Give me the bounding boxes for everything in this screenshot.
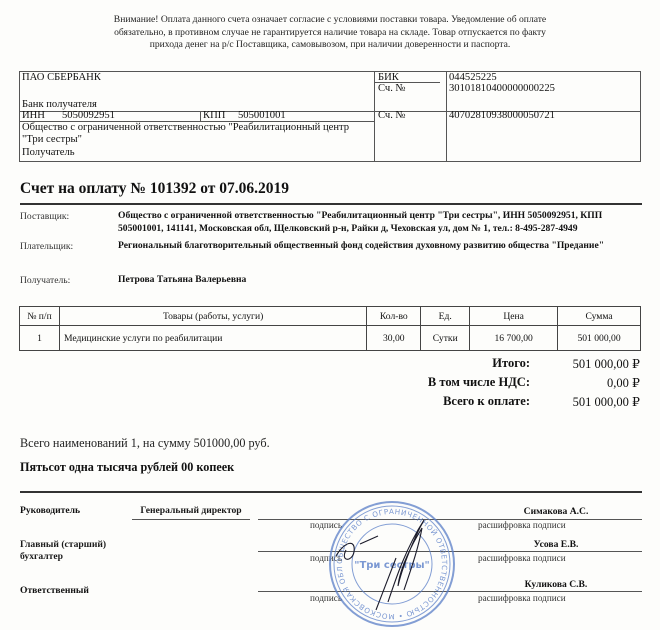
payer-value: Региональный благотворительный обществен… bbox=[118, 239, 648, 252]
row-number: 1 bbox=[20, 326, 60, 351]
director-position: Генеральный директор bbox=[132, 505, 250, 516]
title-rule bbox=[20, 203, 642, 205]
payer-label: Плательщик: bbox=[20, 241, 73, 252]
recipient-org-line2: "Три сестры" bbox=[22, 134, 82, 145]
row-goods: Медицинские услуги по реабилитации bbox=[59, 326, 366, 351]
col-header-goods: Товары (работы, услуги) bbox=[59, 307, 366, 326]
divider bbox=[446, 72, 447, 161]
table-header-row: № п/п Товары (работы, услуги) Кол-во Ед.… bbox=[20, 307, 641, 326]
role-director: Руководитель bbox=[20, 505, 80, 517]
amount-in-words: Пятьсот одна тысяча рублей 00 копеек bbox=[20, 460, 234, 475]
corr-account-label: Сч. № bbox=[378, 83, 406, 94]
bank-name: ПАО СБЕРБАНК bbox=[22, 72, 101, 83]
items-table: № п/п Товары (работы, услуги) Кол-во Ед.… bbox=[19, 306, 641, 351]
role-responsible: Ответственный bbox=[20, 585, 89, 597]
col-header-sum: Сумма bbox=[558, 307, 641, 326]
row-price: 16 700,00 bbox=[470, 326, 558, 351]
supplier-label: Поставщик: bbox=[20, 211, 69, 222]
vat-label: В том числе НДС: bbox=[330, 375, 530, 390]
invoice-title: Счет на оплату № 101392 от 07.06.2019 bbox=[20, 180, 289, 198]
role-accountant: Главный (старший) бухгалтер bbox=[20, 539, 120, 563]
recipient-caption: Получатель bbox=[22, 147, 75, 158]
vat-value: 0,00 ₽ bbox=[520, 375, 640, 391]
col-header-unit: Ед. bbox=[421, 307, 470, 326]
subtotal-label: Итого: bbox=[330, 356, 530, 371]
kpp-value: 505001001 bbox=[238, 110, 286, 121]
recipient-value: Петрова Татьяна Валерьевна bbox=[118, 273, 648, 286]
payment-notice: Внимание! Оплата данного счета означает … bbox=[100, 14, 560, 52]
company-stamp-icon: ОБЩЕСТВО С ОГРАНИЧЕННОЙ ОТВЕТСТВЕННОСТЬЮ… bbox=[326, 498, 458, 630]
account-label: Сч. № bbox=[378, 110, 406, 121]
bik-value: 044525225 bbox=[449, 72, 497, 83]
inn-label: ИНН bbox=[22, 110, 45, 121]
decode-caption: расшифровка подписи bbox=[478, 593, 566, 603]
corr-account-value: 30101810400000000225 bbox=[449, 83, 555, 94]
table-row: 1 Медицинские услуги по реабилитации 30,… bbox=[20, 326, 641, 351]
decode-caption: расшифровка подписи bbox=[478, 553, 566, 563]
responsible-name: Куликова С.В. bbox=[476, 579, 636, 590]
inn-value: 5050092951 bbox=[62, 110, 115, 121]
subtotal-value: 501 000,00 ₽ bbox=[520, 356, 640, 372]
col-header-qty: Кол-во bbox=[367, 307, 421, 326]
decode-caption: расшифровка подписи bbox=[478, 520, 566, 530]
row-sum: 501 000,00 bbox=[558, 326, 641, 351]
col-header-number: № п/п bbox=[20, 307, 60, 326]
position-line bbox=[132, 519, 250, 520]
kpp-label: КПП bbox=[203, 110, 225, 121]
account-value: 40702810938000050721 bbox=[449, 110, 555, 121]
items-count-summary: Всего наименований 1, на сумму 501000,00… bbox=[20, 436, 270, 451]
total-label: Всего к оплате: bbox=[330, 394, 530, 409]
accountant-name: Усова Е.В. bbox=[476, 539, 636, 550]
supplier-value: Общество с ограниченной ответственностью… bbox=[118, 209, 648, 236]
col-header-price: Цена bbox=[470, 307, 558, 326]
separator-rule bbox=[20, 491, 642, 493]
director-name: Симакова А.С. bbox=[476, 506, 636, 517]
divider bbox=[200, 111, 201, 121]
recipient-org-line1: Общество с ограниченной ответственностью… bbox=[22, 122, 349, 133]
bank-details-table: ПАО СБЕРБАНК Банк получателя ИНН 5050092… bbox=[19, 71, 641, 162]
divider bbox=[374, 72, 375, 161]
total-value: 501 000,00 ₽ bbox=[520, 394, 640, 410]
recipient-label: Получатель: bbox=[20, 275, 70, 286]
row-qty: 30,00 bbox=[367, 326, 421, 351]
bank-caption: Банк получателя bbox=[22, 99, 97, 110]
bik-label: БИК bbox=[378, 72, 399, 83]
row-unit: Сутки bbox=[421, 326, 470, 351]
